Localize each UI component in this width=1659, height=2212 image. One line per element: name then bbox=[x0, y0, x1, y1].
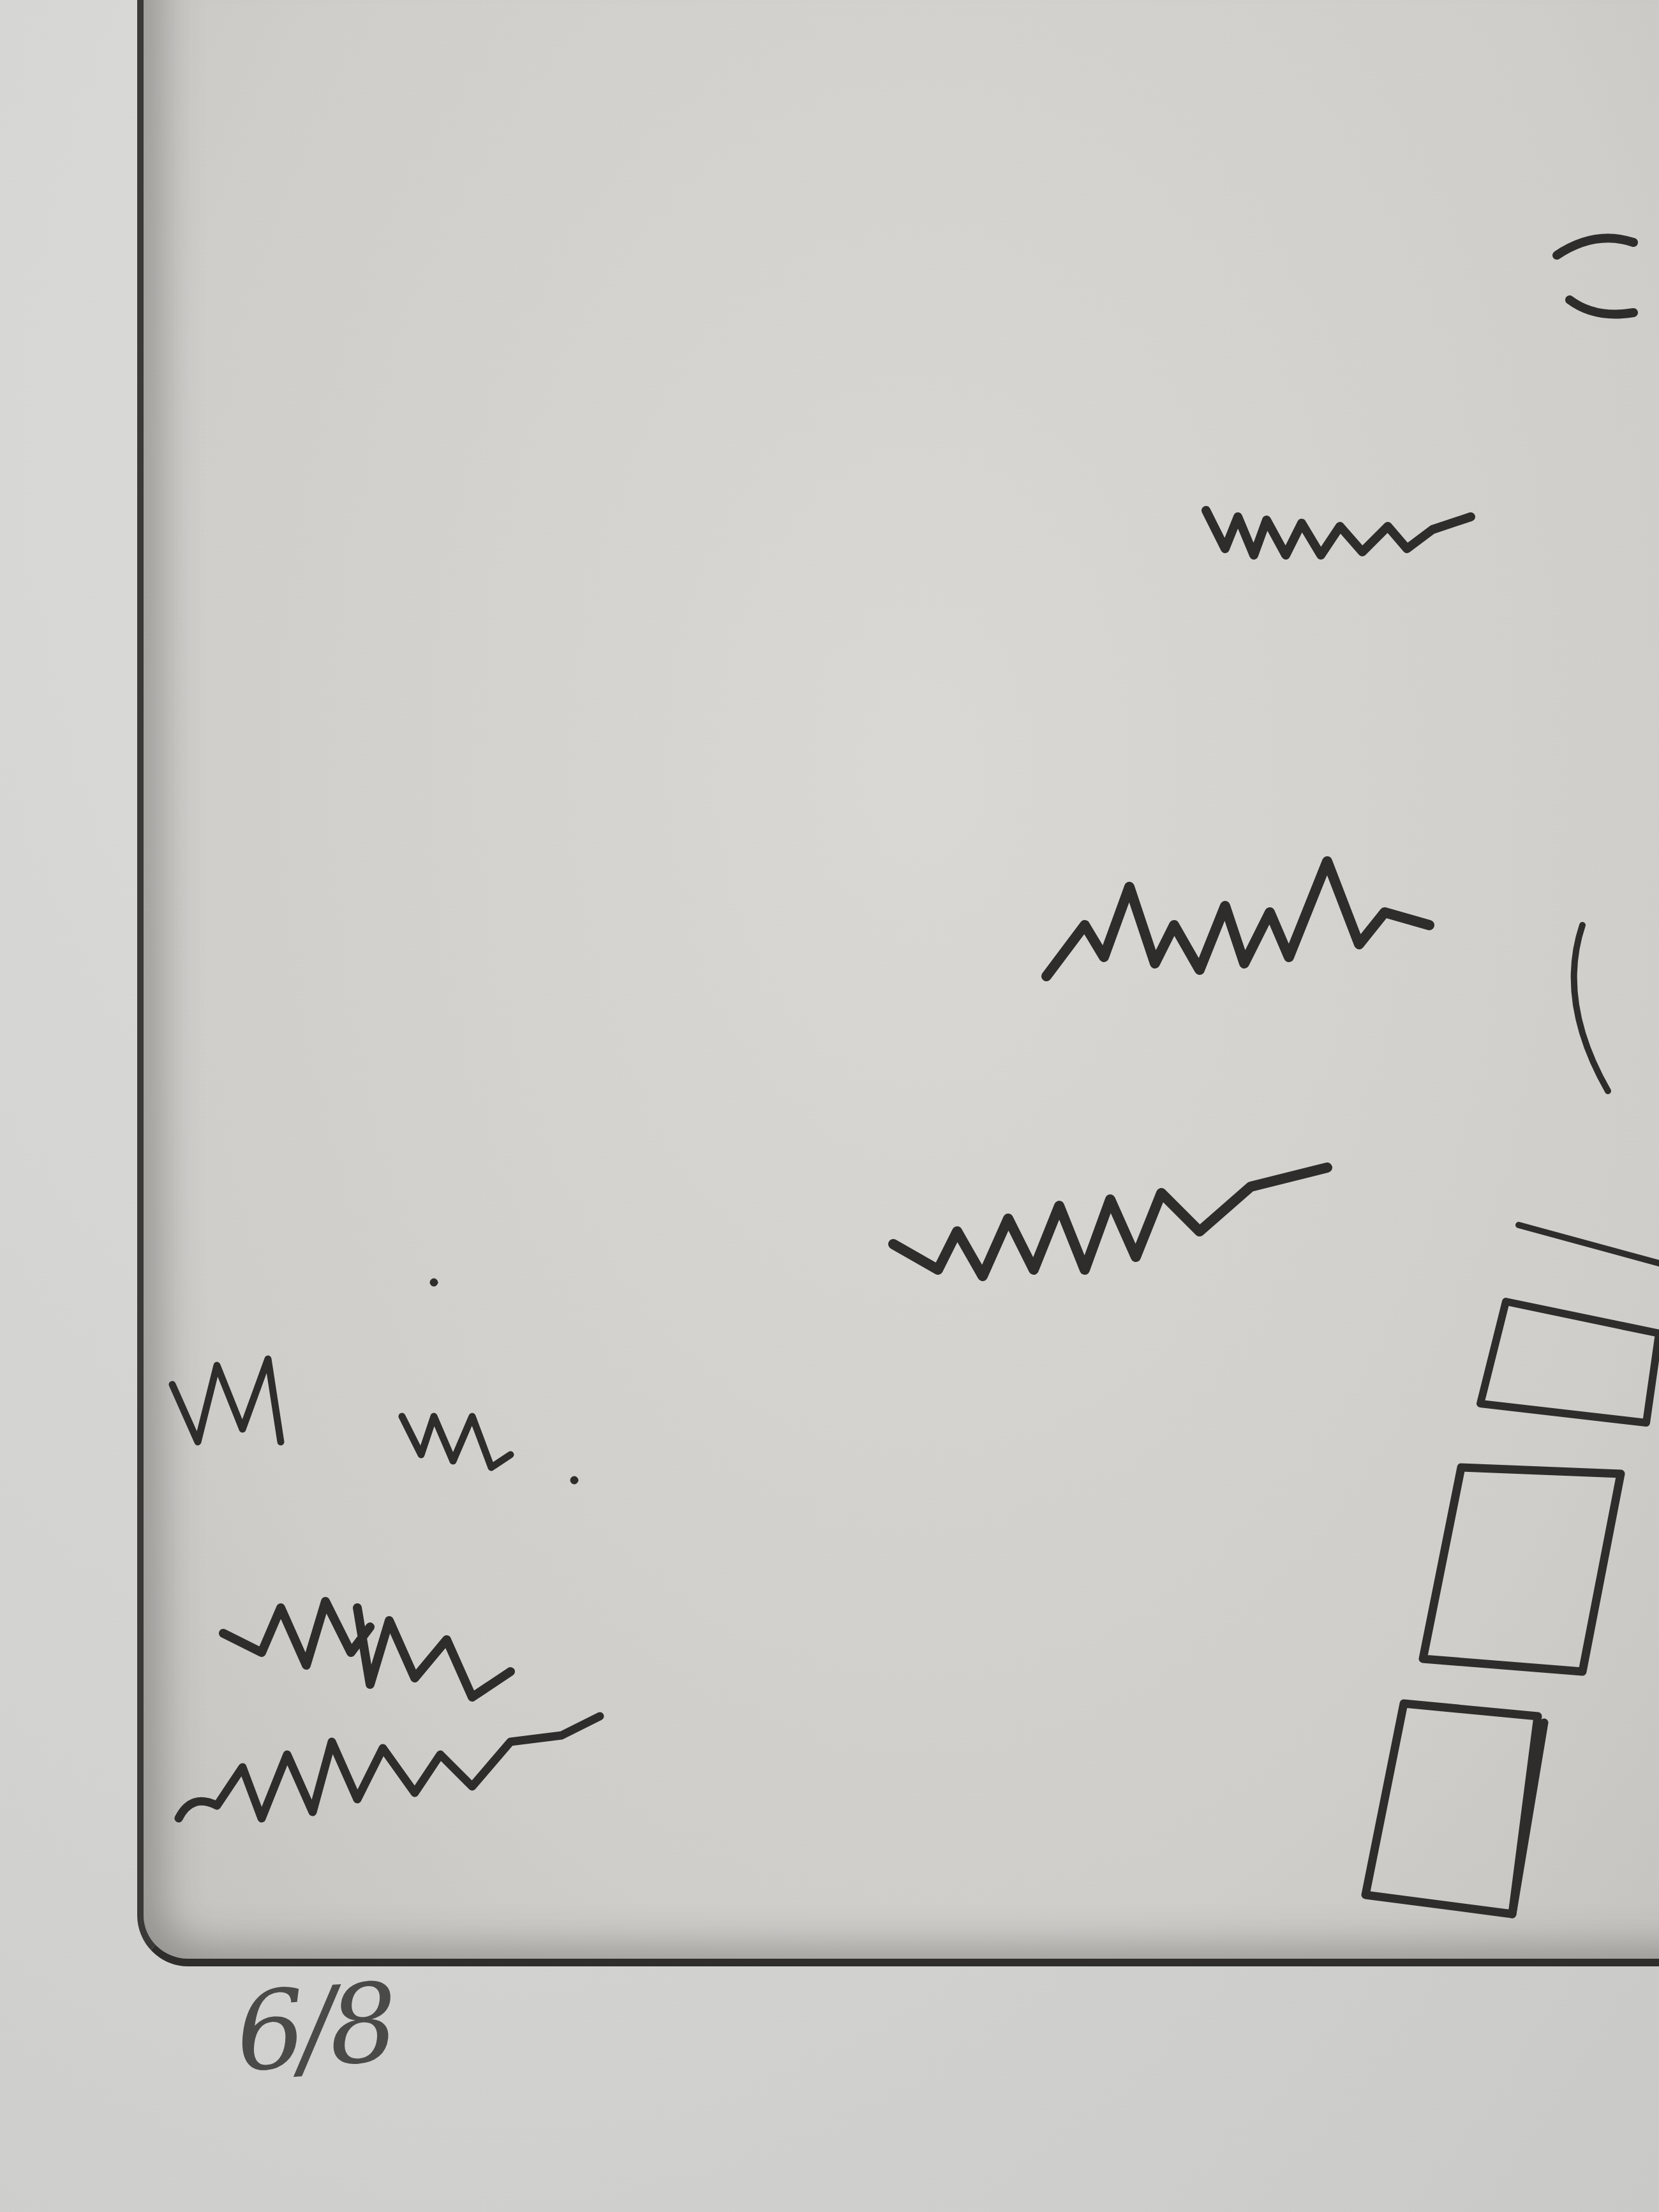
etched-inscription-1 bbox=[172, 1359, 510, 1467]
box-3 bbox=[1365, 1704, 1538, 1914]
etched-inscription-3 bbox=[179, 1716, 600, 1818]
etched-marks bbox=[0, 0, 1659, 2212]
box-2 bbox=[1423, 1467, 1621, 1672]
box-1 bbox=[1480, 1302, 1659, 1423]
etched-line-1 bbox=[1206, 510, 1471, 555]
etched-line-3 bbox=[893, 1168, 1327, 1276]
etched-inscription-2 bbox=[223, 1601, 510, 1697]
edition-number: 6/8 bbox=[232, 1960, 396, 2097]
etched-line-2 bbox=[1046, 861, 1429, 976]
